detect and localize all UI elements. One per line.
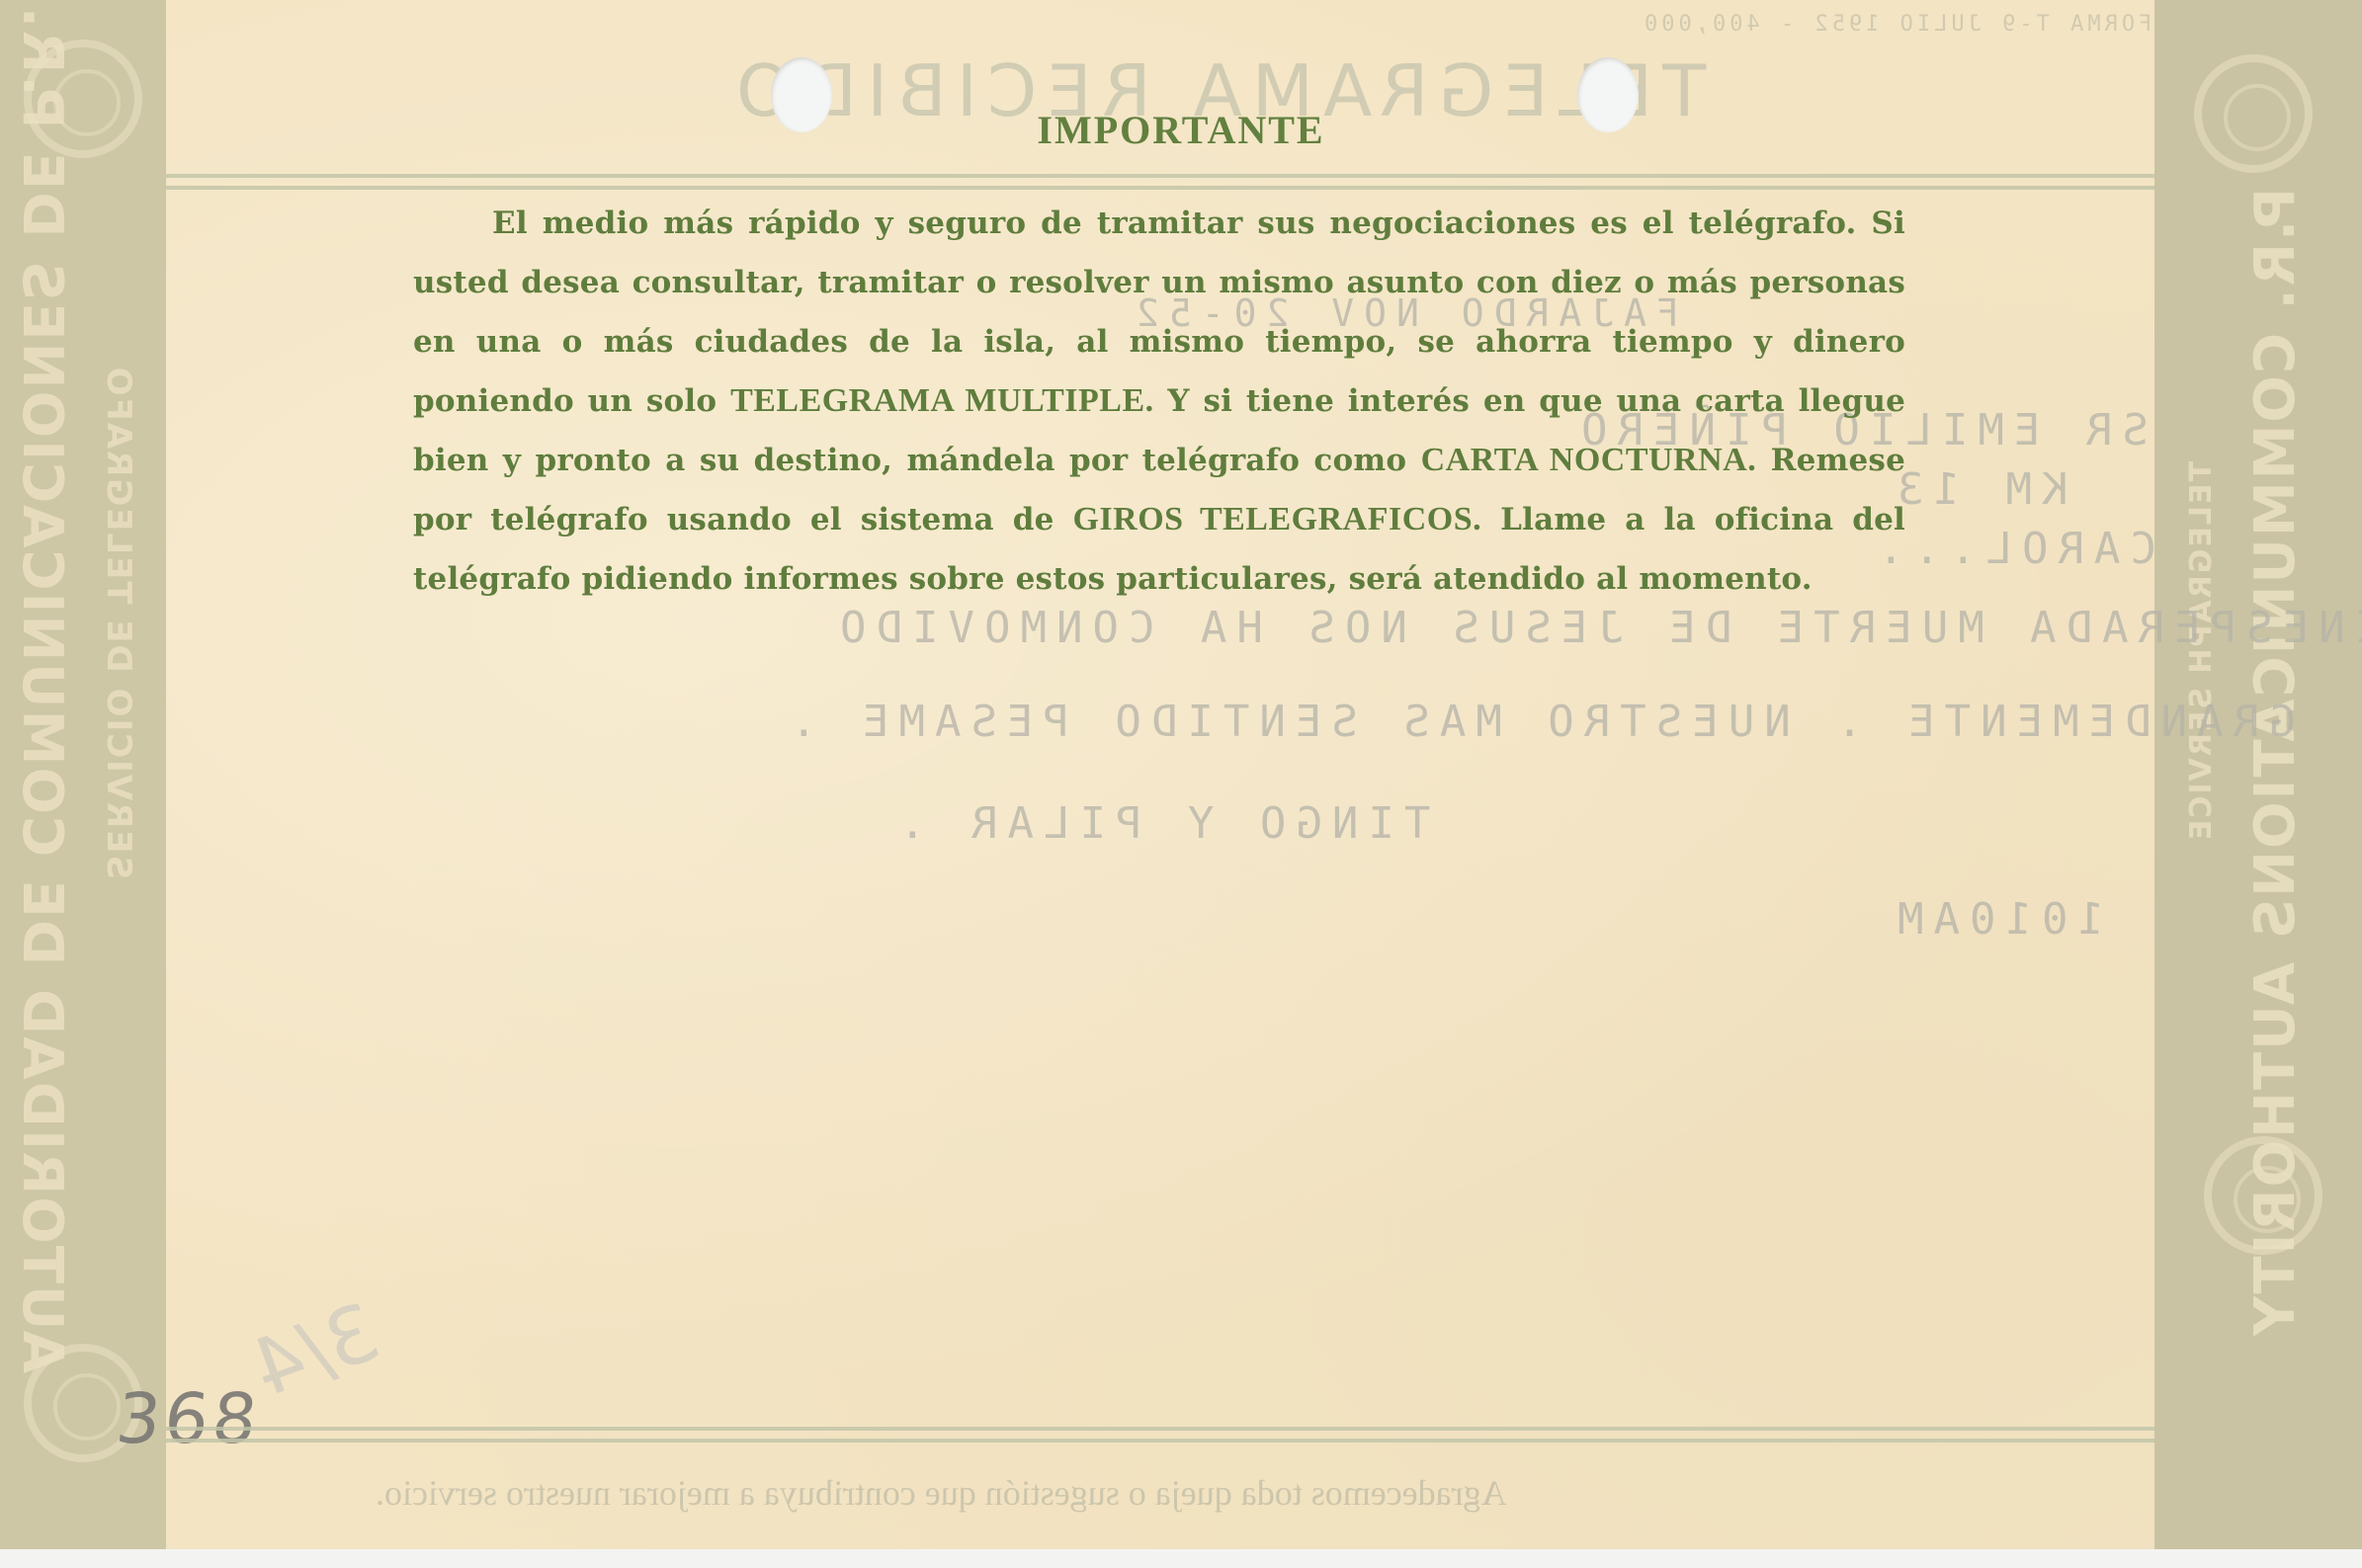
left-band-main-text: AUTORIDAD DE COMUNICACIONES DE P.R. — [10, 188, 74, 1373]
bottom-rule — [166, 1427, 2154, 1431]
top-rule — [166, 174, 2154, 178]
typed-line: KM 13 — [1888, 464, 2067, 515]
bottom-rule — [166, 1439, 2154, 1443]
left-security-band: AUTORIDAD DE COMUNICACIONES DE P.R. SERV… — [0, 0, 166, 1549]
handwritten-number: 368 — [113, 1378, 265, 1459]
typed-line: 1010AM — [1888, 894, 2104, 945]
footer-show-through: Agradecemos toda queja o sugestión que c… — [376, 1472, 1507, 1514]
carta-nocturna: CARTA NOCTURNA. — [1421, 442, 1757, 478]
typed-line: INESPERADA MUERTE DE JESUS NOS HA CONMOV… — [830, 603, 2362, 653]
heading-importante: IMPORTANTE — [0, 107, 2362, 153]
telegram-sheet: AUTORIDAD DE COMUNICACIONES DE P.R. SERV… — [0, 0, 2362, 1549]
giros-telegraficos: GIROS TELEGRAFICOS. — [1072, 501, 1481, 537]
telegrama-multiple: TELEGRAMA MULTIPLE. — [730, 382, 1154, 419]
typed-line: CAROL... — [1868, 524, 2156, 574]
typed-line: GRANDEMENTE . NUESTRO MAS SENTIDO PESAME… — [781, 697, 2296, 747]
scan-margin — [0, 1549, 2362, 1568]
typed-line: TINGO Y PILAR . — [889, 798, 1430, 849]
left-band-sub-text: SERVICIO DE TELEGRAFO — [99, 356, 138, 889]
seal-icon — [2204, 1136, 2322, 1255]
form-code-show-through: FORMA T-9 JULIO 1952 - 400,000 — [1641, 12, 2151, 37]
important-paragraph: El medio más rápido y seguro de tramitar… — [413, 194, 1905, 609]
top-rule — [166, 186, 2154, 190]
right-security-band: P.R. COMMUNICATIONS AUTHORITY TELEGRAPH … — [2154, 0, 2362, 1549]
